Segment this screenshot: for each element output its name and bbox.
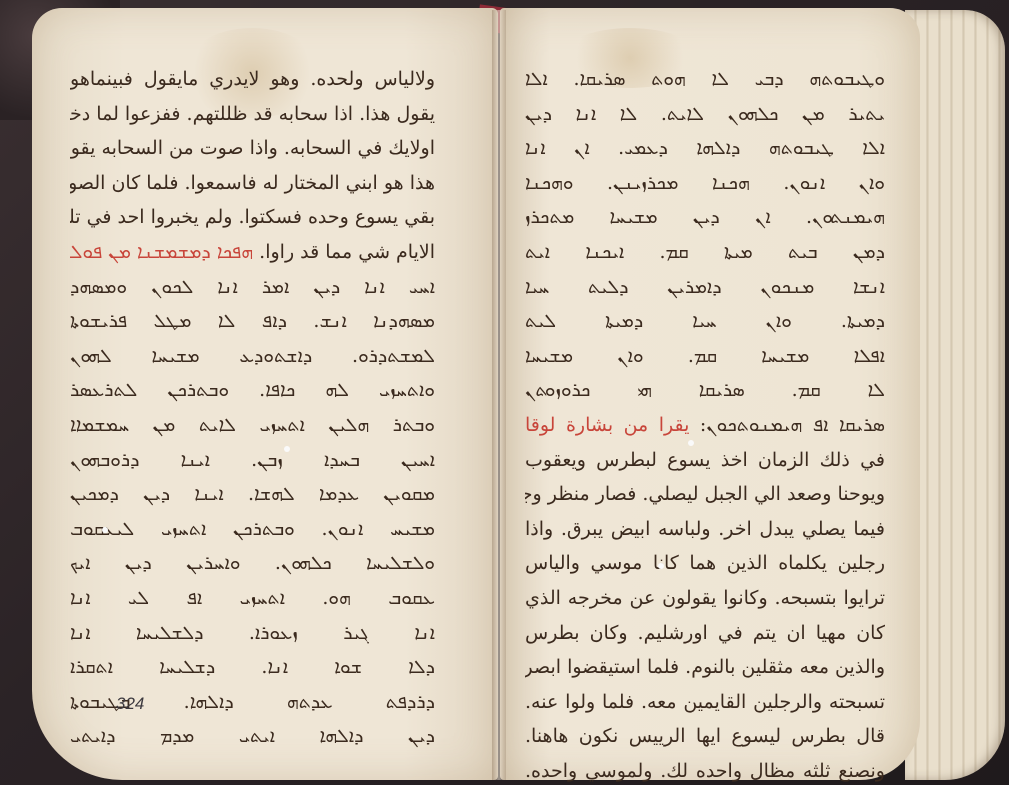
syriac-line: ܘܠܫܠܝܚܐ ܟܠܗܘܢ. ܘܐܚܪܝܢ ܕܝܢ ܐܝܟ: [70, 546, 435, 581]
text-segment: الايام شي مما قد راوا.: [259, 241, 435, 263]
syriac-line: ܕܝܢ ܕܐܠܗܐ ܐܝܬܝ ܡܕܡ ܕܐܝܬܝ: [70, 719, 435, 754]
page-edge-stack: [905, 10, 1005, 780]
text-line-with-rubric: الايام شي مما قد راوا. ܗܦܟܐ ܕܡܫܡܫܢܐ ܡܢ ܦ…: [70, 235, 435, 270]
text-line: يقول هذا. اذا سحابه قد ظللتهم. ففزعوا لم…: [70, 97, 435, 132]
syriac-line: ܥܩܘܒ ܗܘ. ܐܬܚܙܝ ܐܦ ܠܝ ܐܢܐ: [70, 581, 435, 616]
syriac-line: ܠܡܫܬܕܪܘ. ܕܐܫܬܘܕܥ ܡܫܝܚܐ ܠܗܘܢ: [70, 339, 435, 374]
syriac-line: ܐܚܝ ܐܢܐ ܕܝܢ ܐܡܪ ܐܢܐ ܠܟܘܢ ܘܡܣܗܕ: [70, 270, 435, 305]
wormhole: [284, 446, 290, 452]
text-line: ولالياس ولحده. وهو لايدري مايقول فبينماه…: [70, 62, 435, 97]
syriac-line: ܕܡܢ ܒܝܬ ܡܝܬܐ ܩܡ. ܐܝܟܢܐ ܐܝܬ: [525, 235, 885, 270]
syriac-line: ܘܐܬܚܙܝ ܠܗ ܟܐܦܐ. ܘܒܬܪܟܢ ܠܬܪܥܣܪ: [70, 373, 435, 408]
syriac-line: ܡܫܝܚ ܐܢܘܢ. ܘܒܬܪܟܢ ܐܬܚܙܝ ܠܝܥܩܘܒ: [70, 512, 435, 547]
arabic-line: فيما يصلي يبدل اخر. ولباسه ابيض يبرق. وا…: [525, 512, 885, 547]
syriac-line: ܐܠܐ ܛܝܒܘܬܗ ܕܐܠܗܐ ܕܥܡܝ. ܐܢ ܐܢܐ: [525, 131, 885, 166]
arabic-line: ويوحنا وصعد الي الجبل ليصلي. فصار منظر و…: [525, 477, 885, 512]
wormhole: [102, 527, 108, 533]
right-page-text: ܘܛܝܒܘܬܗ ܕܒܝ ܠܐ ܗܘܬ ܣܪܝܩܐ. ܐܠܐ ܝܬܝܪ ܡܢ ܟܠ…: [525, 62, 885, 785]
syriac-line: ܘܛܝܒܘܬܗ ܕܒܝ ܠܐ ܗܘܬ ܣܪܝܩܐ. ܐܠܐ: [525, 62, 885, 97]
arabic-line: كان مهيا ان يتم في اورشليم. وكان بطرس: [525, 616, 885, 651]
syriac-line: ܐܢܫܐ ܡܢܟܘܢ ܕܐܡܪܝܢ ܕܠܝܬ ܚܝܐ: [525, 270, 885, 305]
arabic-line: والذين معه مثقلين بالنوم. فلما استيقضوا …: [525, 650, 885, 685]
syriac-line: ܝܬܝܪ ܡܢ ܟܠܗܘܢ ܠܐܝܬ. ܠܐ ܐܢܐ ܕܝܢ: [525, 97, 885, 132]
left-page-text: ولالياس ولحده. وهو لايدري مايقول فبينماه…: [70, 62, 435, 754]
wormhole: [688, 440, 694, 446]
text-line: هذا هو ابني المختار له فاسمعوا. فلما كان…: [70, 166, 435, 201]
arabic-line: تسبحته والرجلين القايمين معه. فلما ولوا …: [525, 685, 885, 720]
syriac-line: ܐܚܝܢ ܒܚܕܐ ܙܒܢ. ܐܝܢܐ ܕܪܘܒܗܘܢ: [70, 443, 435, 478]
text-segment: ܣܪܝܩܐ ܐܦ ܗܝܡܢܘܬܟܘܢ:: [700, 414, 885, 436]
syriac-line: ܐܢܐ ܓܝܪ ܙܥܘܪܐ. ܕܠܫܠܝܚܐ ܐܢܐ: [70, 616, 435, 651]
arabic-line: في ذلك الزمان اخذ يسوع لبطرس ويعقوب: [525, 443, 885, 478]
arabic-line: ترايوا بتسبحه. وكانوا يقولون عن مخرجه ال…: [525, 581, 885, 616]
text-line: اولايك في السحابه. واذا صوت من السحابه ي…: [70, 131, 435, 166]
syriac-line: ܐܦܠܐ ܡܫܝܚܐ ܩܡ. ܘܐܢ ܡܫܝܚܐ: [525, 339, 885, 374]
syriac-line: ܡܩܘܝܢ ܥܕܡܐ ܠܗܫܐ. ܐܝܢܐ ܕܝܢ ܕܡܟܝܢ: [70, 477, 435, 512]
rubric-heading: ܗܦܟܐ ܕܡܫܡܫܢܐ ܡܢ ܦܘܠܘܣ:: [70, 241, 253, 263]
wormhole: [658, 563, 664, 569]
rubric-line: ܣܪܝܩܐ ܐܦ ܗܝܡܢܘܬܟܘܢ: يقرا من بشارة لوقا: [525, 408, 885, 443]
syriac-line: ܗܝܡܢܬܘܢ. ܐܢ ܕܝܢ ܡܫܝܚܐ ܡܬܟܪܙ: [525, 200, 885, 235]
syriac-line: ܡܣܗܕܢܐ ܐܢܫ. ܕܐܦ ܠܐ ܡܛܠ ܦܪܝܫܘܬܐ: [70, 304, 435, 339]
syriac-line: ܠܐ ܩܡ. ܣܪܝܩܐ ܗܝ ܟܪܘܙܘܬܢ: [525, 373, 885, 408]
arabic-line: قال بطرس ليسوع ايها الرييس نكون هاهنا.: [525, 719, 885, 754]
syriac-line: ܕܡܝܬܐ. ܘܐܢ ܚܝܐ ܕܡܝܬܐ ܠܝܬ: [525, 304, 885, 339]
syriac-line: ܕܠܐ ܫܘܐ ܐܢܐ. ܕܫܠܝܚܐ ܐܬܩܪܐ: [70, 650, 435, 685]
rubric-heading: يقرا من بشارة لوقا: [525, 414, 689, 436]
text-line: بقي يسوع وحده فسكتوا. ولم يخبروا احد في …: [70, 200, 435, 235]
syriac-line: ܘܐܢ ܐܢܘܢ. ܗܟܢܐ ܡܟܪܙܝܢܢ. ܘܗܟܢܐ: [525, 166, 885, 201]
arabic-line: رجلين يكلماه الذين هما كانا موسي والياس: [525, 546, 885, 581]
gutter: [492, 10, 506, 780]
syriac-line: ܘܒܬܪ ܗܠܝܢ ܐܬܚܙܝ ܠܐܝܬ ܡܢ ܚܡܫܡܐܐ: [70, 408, 435, 443]
arabic-line: ونصنع ثلثه مظال واحده لك. ولموسي واحده.: [525, 754, 885, 785]
folio-number: 324: [116, 694, 144, 714]
